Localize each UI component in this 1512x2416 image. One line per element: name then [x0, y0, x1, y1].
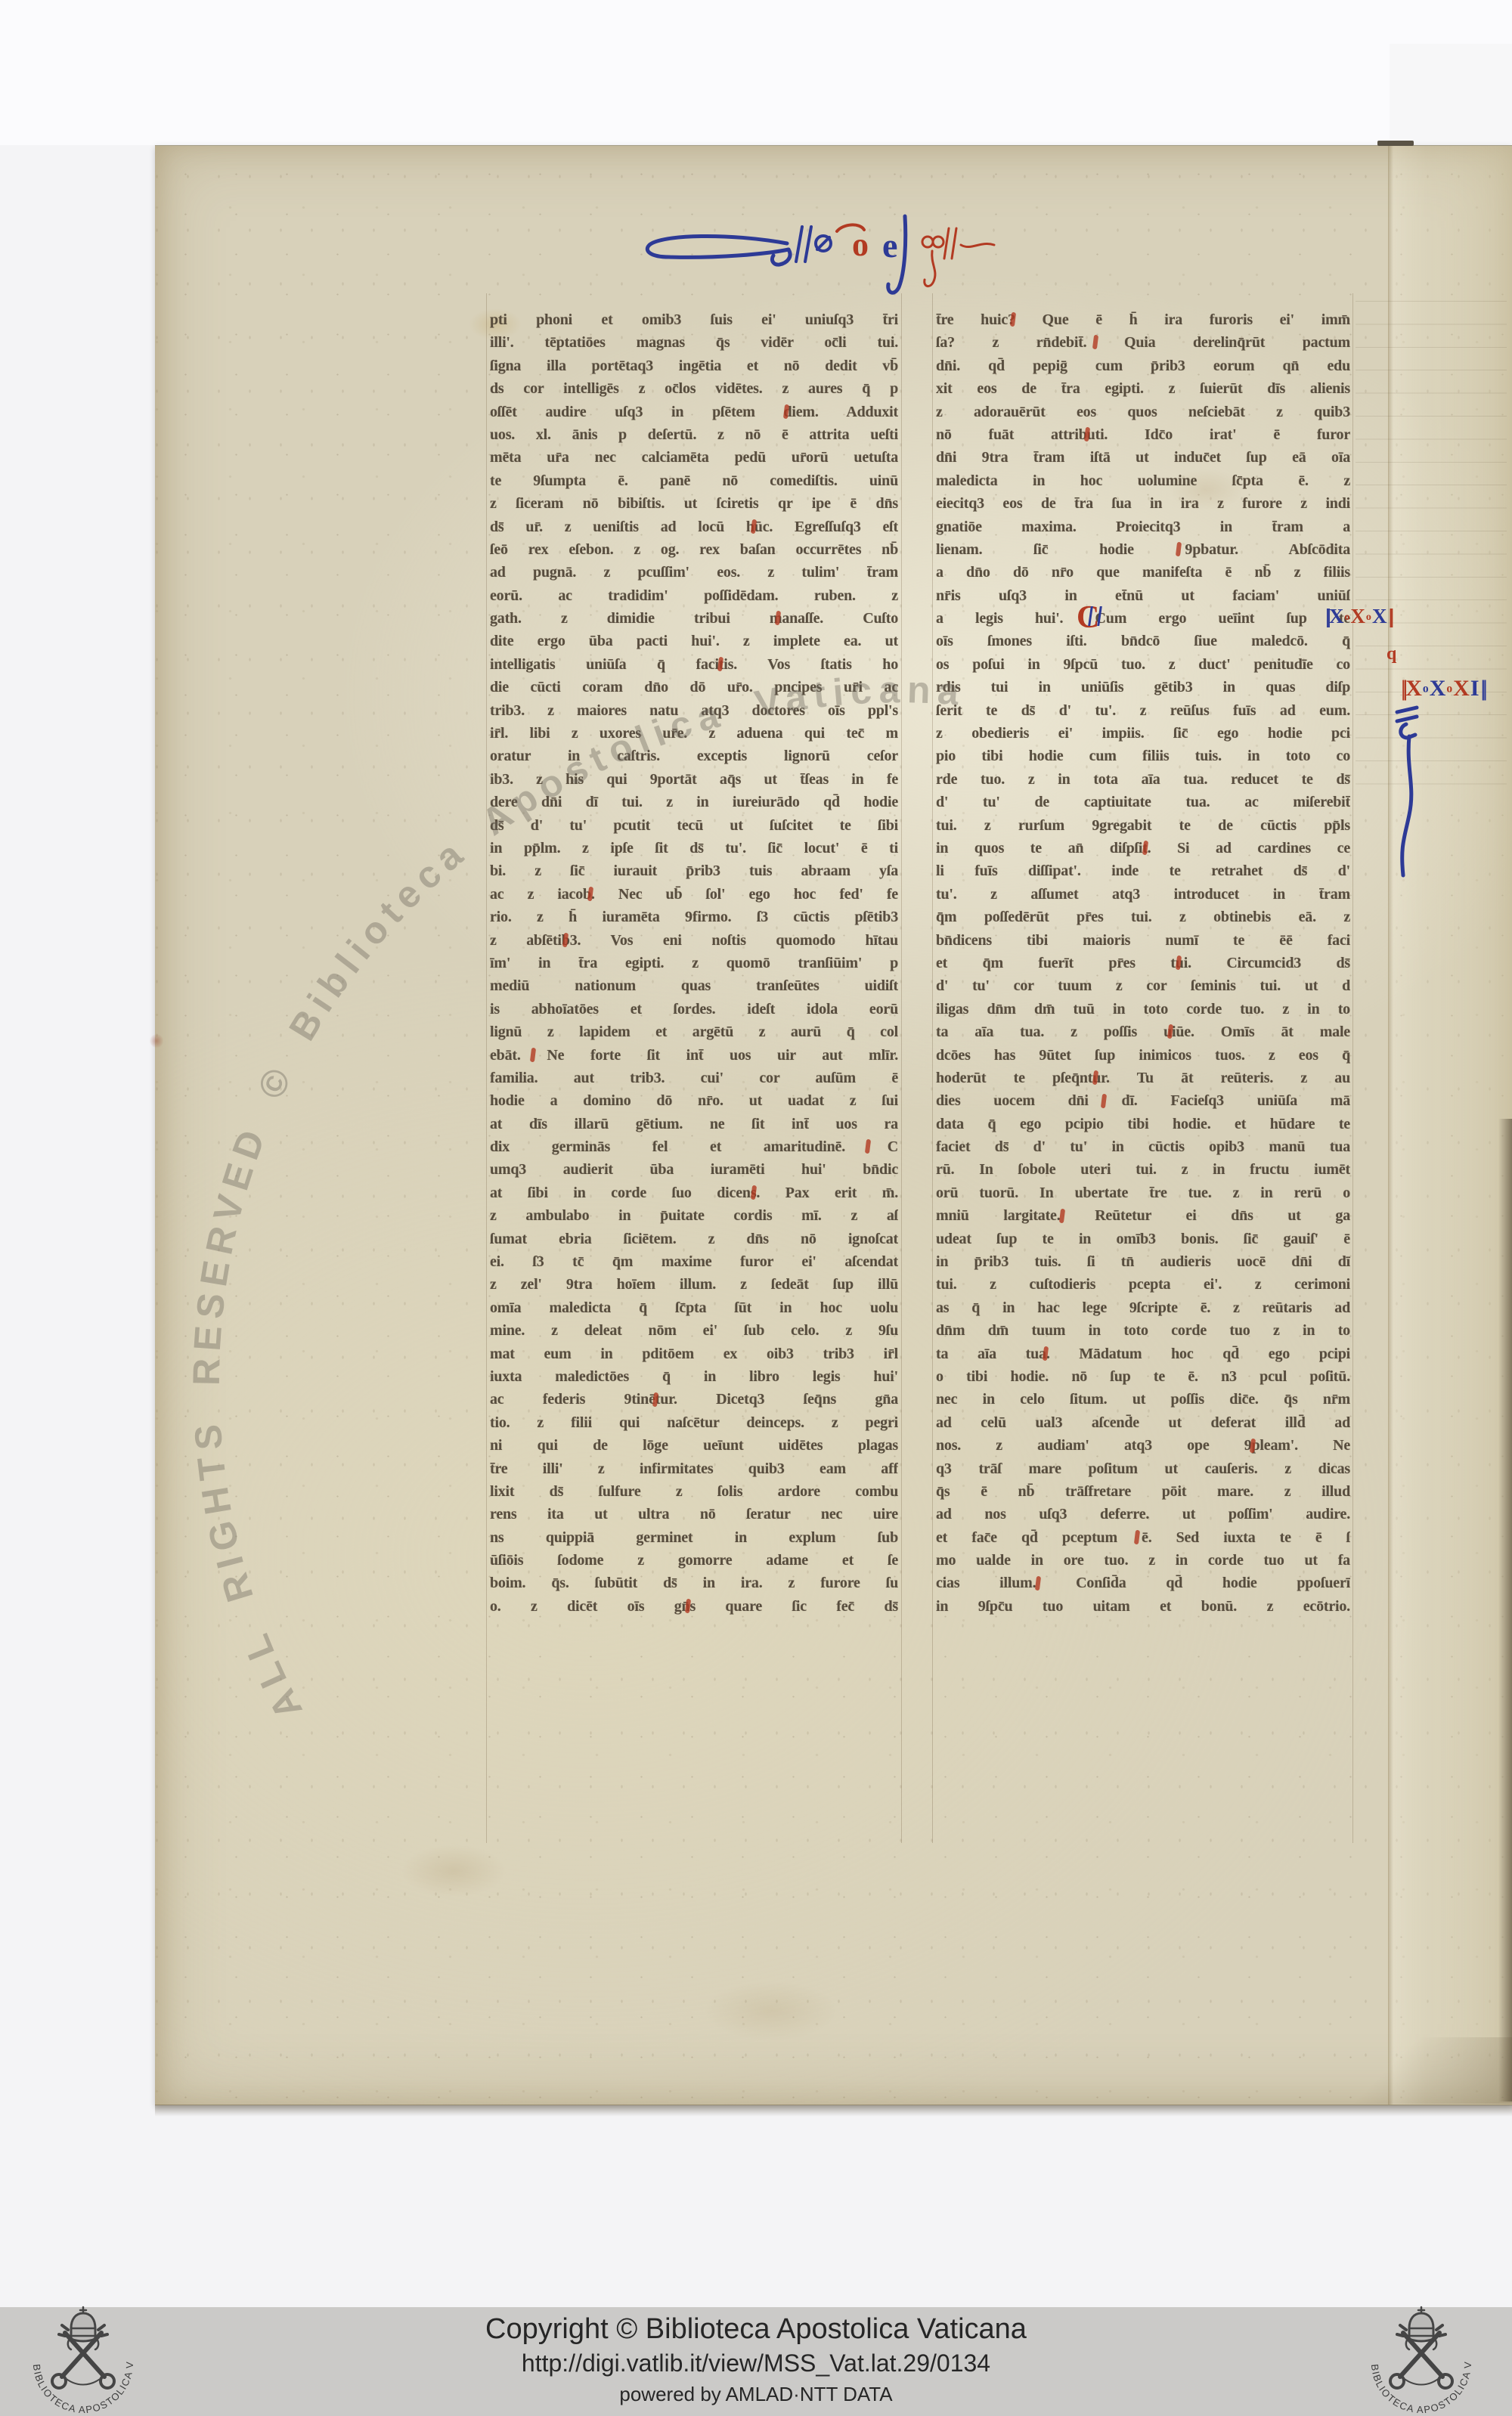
- manuscript-line: ta aīa tua. Mādatum hoc qd̄ ego pcipi: [936, 1343, 1350, 1365]
- manuscript-line: rio. z h̄ iuramēta 9firmo. ſ3 cūctis pſē…: [490, 906, 898, 928]
- manuscript-line: is abhoīatōes et ſordes. ideſt idola eor…: [490, 998, 898, 1021]
- manuscript-line: q̄m poſſedērūt pr̄es tui. z obtinebis eā…: [936, 906, 1350, 928]
- manuscript-line: tio. z filii qui naſcētur deinceps. z pe…: [490, 1411, 898, 1434]
- manuscript-line: ds cor intelligēs z oc̄los vidētes. z au…: [490, 377, 898, 400]
- manuscript-line: ta aīa tua. z poſſis uiūe. Omīs āt male: [936, 1021, 1350, 1043]
- manuscript-line: xit eos de t̄ra egipti. z ſuierūt dīs al…: [936, 377, 1350, 400]
- manuscript-line: familia. aut trib3. cui' cor auſūm ē: [490, 1067, 898, 1089]
- manuscript-line: lienam. ſic̄ hodie 9pbatur. Abſcōdita: [936, 538, 1350, 561]
- chapter-number-xxxi: ||XoXoXI||: [1400, 676, 1486, 702]
- running-title-ornament: o e: [639, 212, 1002, 302]
- manuscript-line: mat eum in pditōem ex oib3 trib3 ir̄l: [490, 1343, 898, 1365]
- manuscript-line: ds̄ d' tu' pcutit tecū ut ſuſcitet te ſi…: [490, 814, 898, 837]
- manuscript-line: eiecitq3 eos de t̄ra ſua in ira z furore…: [936, 492, 1350, 515]
- vatican-library-stamp-left: BIBLIOTECA APOSTOLICA VATICANA: [23, 2304, 144, 2416]
- manuscript-line: bi. z ſic̄ iurauit p̄rib3 tuis abraam yſ…: [490, 860, 898, 882]
- page-edge-notch: [1377, 141, 1414, 146]
- manuscript-line: orū tuorū. In ubertate t̄re tue. z in re…: [936, 1182, 1350, 1204]
- manuscript-line: et fac̄e qd̄ pceptum ē. Sed iuxta te ē ſ: [936, 1526, 1350, 1549]
- ruling-vertical-line: [901, 293, 902, 1843]
- chapter-numeral-glyph: ||: [1481, 676, 1485, 701]
- manuscript-line: rde tuo. z in tota aīa tua. reducet te d…: [936, 768, 1350, 791]
- footer-text-block: Copyright © Biblioteca Apostolica Vatica…: [0, 2312, 1512, 2408]
- manuscript-line: rdis tui in uniūſis gētib3 in quas diſp: [936, 676, 1350, 698]
- manuscript-line: nos. z audiam' atq3 ope 9pleam'. Ne: [936, 1434, 1350, 1457]
- manuscript-line: cias illum. Conſid̄a qd̄ hodie ppoſuerī: [936, 1572, 1350, 1594]
- manuscript-line: ebāt. Ne forte ſit int̄ uos uir aut mlīr…: [490, 1044, 898, 1067]
- manuscript-line: uos. xl. ānis p deſertū. z nō ē attrita …: [490, 423, 898, 446]
- manuscript-line: oſſēt audire uſq3 in pſētem diem. Adduxi…: [490, 401, 898, 423]
- manuscript-line: ſa? z rn̄debit̄. Quia derelinq̄rūt pactu…: [936, 331, 1350, 354]
- manuscript-line: nō fuāt attributi. Idc̄o irat' ē furor: [936, 423, 1350, 446]
- manuscript-line: dix germinās fel et amaritudinē. C: [490, 1135, 898, 1158]
- binding-shadow: [1498, 1119, 1512, 2102]
- running-title-letter-e: e: [882, 226, 897, 265]
- manuscript-line: ac z iacob. Nec ub̄ ſol' ego hoc fed' fe: [490, 883, 898, 906]
- manuscript-line: hodie a domino dō nr̄o. ut uadat z ſui: [490, 1089, 898, 1112]
- manuscript-line: oīs ſmones iſti. bn̄dcō ſiue maledcō. q̄: [936, 630, 1350, 652]
- manuscript-line: rens ita ut ultra nō ſeratur nec uire: [490, 1503, 898, 1525]
- manuscript-line: os poſui in 9ſpcū tuo. z duct' penitudīe…: [936, 653, 1350, 676]
- manuscript-line: mine. z deleat nōm ei' ſub celo. z 9ſu: [490, 1319, 898, 1342]
- manuscript-line: udeat ſup te in omīb3 bonis. ſic̄ gauiſ'…: [936, 1228, 1350, 1250]
- next-page-corner: [1390, 44, 1512, 150]
- manuscript-line: eorū. ac tradidim' poſſidēdam. ruben. z: [490, 584, 898, 607]
- manuscript-line: in p̄rib3 tuis. ſi tn̄ audieris uocē dn̄…: [936, 1250, 1350, 1273]
- chapter-numeral-glyph: X: [1453, 676, 1470, 701]
- vatican-library-stamp-right: BIBLIOTECA APOSTOLICA VATICANA: [1361, 2304, 1482, 2416]
- manuscript-line: dere dn̄i dī tui. z in iureiurādo qd̄ ho…: [490, 791, 898, 813]
- manuscript-line: ad nos uſq3 deferre. ut poſſim' audire.: [936, 1503, 1350, 1525]
- manuscript-line: ſerit te ds̄ d' tu'. z reūſus fuīs ad eu…: [936, 699, 1350, 722]
- chapter-numeral-glyph: ||: [1388, 605, 1391, 627]
- vatican-keys-tiara-emblem: [52, 2307, 114, 2388]
- manuscript-line: omīa maledicta q̄ ſc̄pta ſūt in hoc uolu: [490, 1296, 898, 1319]
- manuscript-line: bn̄dicens tibi maioris numī te ēē faci: [936, 929, 1350, 952]
- manuscript-line: ſigna illa portētaq3 ingētia et nō dedit…: [490, 355, 898, 377]
- manuscript-line: q3 trāſ mare poſitum ut cauſeris. z dica…: [936, 1457, 1350, 1480]
- manuscript-line: o. z dicēt oīs gn̄s quare ſic fec̄ ds̄: [490, 1595, 898, 1618]
- manuscript-line: iuxta maledictōes q̄ in libro legis hui': [490, 1365, 898, 1388]
- manuscript-line: t̄re illi' z infirmitates quib3 eam aff: [490, 1457, 898, 1480]
- manuscript-line: trib3. z maiores natu atq3 doctores oīs …: [490, 699, 898, 722]
- ruling-vertical-line: [486, 293, 487, 1843]
- manuscript-line: mo ualde in ore tuo. z in corde tuo ut f…: [936, 1549, 1350, 1572]
- manuscript-line: ſeō rex eſebon. z og. rex baſan occurrēt…: [490, 538, 898, 561]
- manuscript-line: umq3 audierit ūba iuramēti hui' bn̄dic: [490, 1158, 898, 1181]
- manuscript-line: t̄re huic? Que ē h̄ ira furoris ei' imm̄: [936, 308, 1350, 331]
- manuscript-line: nec in celo ſitum. ut poſſis dic̄e. q̄s …: [936, 1388, 1350, 1411]
- manuscript-line: die cūcti coram dn̄o dō ur̄o. pncipes ur…: [490, 676, 898, 698]
- manuscript-line: ni qui de lōge ueīunt uidētes plagas: [490, 1434, 898, 1457]
- manuscript-line: mediū nationum quas tranſeūtes uidiſt: [490, 974, 898, 997]
- manuscript-line: z adorauērūt eos quos neſciebāt z quib3: [936, 401, 1350, 423]
- manuscript-line: tui. z cuſtodieris pcepta ei'. z cerimon…: [936, 1273, 1350, 1296]
- manuscript-line: īm' in t̄ra egipti. z quomō tranſiūim' p: [490, 952, 898, 974]
- manuscript-line: z zel' 9tra hoīem illum. z ſedeāt ſup il…: [490, 1273, 898, 1296]
- footer-powered-by: powered by AMLAD·NTT DATA: [0, 2380, 1512, 2408]
- manuscript-line: dn̄m dm̄ tuum in toto corde tuo z in to: [936, 1319, 1350, 1342]
- manuscript-line: tui. z rurſum 9gregabit te de cūctis pp̄…: [936, 814, 1350, 837]
- chapter-numeral-glyph: I: [1470, 676, 1480, 701]
- manuscript-line: ds̄ ur̄. z ueniſtis ad locū hūc. Egreſſu…: [490, 516, 898, 538]
- manuscript-line: dcōes has 9ūtet ſup inimicos tuos. z eos…: [936, 1044, 1350, 1067]
- manuscript-line: a dn̄o dō nr̄o que manifeſta ē nb̄ z fil…: [936, 561, 1350, 584]
- manuscript-line: a legis hui'. Cum ergo ueīint ſup te: [936, 607, 1350, 630]
- chapter-numeral-glyph: X: [1405, 676, 1423, 701]
- manuscript-line: in 9ſpc̄u tuo uitam et bonū. z ecōtrio.: [936, 1595, 1350, 1618]
- manuscript-line: lixit ds̄ ſulfure z ſolis ardore combu: [490, 1480, 898, 1503]
- manuscript-line: gnatiōe maxima. Proiecitq3 in t̄ram a: [936, 516, 1350, 538]
- chapter-initial-C: C: [1077, 599, 1113, 637]
- manuscript-line: mēta ur̄a nec calciamēta pedū ur̄orū uet…: [490, 446, 898, 469]
- chapter-numeral-glyph: o: [1366, 611, 1372, 623]
- vatican-keys-tiara-emblem: [1390, 2307, 1452, 2388]
- manuscript-line: dies uocem dn̄i dī. Facieſq3 uniūſa mā: [936, 1089, 1350, 1112]
- manuscript-line: z obedieris ei' impiis. ſic̄ ego hodie p…: [936, 722, 1350, 745]
- manuscript-column-right: t̄re huic? Que ē h̄ ira furoris ei' imm̄…: [936, 308, 1350, 1618]
- manuscript-line: gath. z dimidie tribui manaſſe. Cuſto: [490, 607, 898, 630]
- chapter-numeral-glyph: ||: [1325, 605, 1328, 627]
- manuscript-line: o tibi hodie. nō ſup te ē. n3 pcul poſit…: [936, 1365, 1350, 1388]
- manuscript-line: at ſibi in corde ſuo dicens. Pax erit m̄…: [490, 1182, 898, 1204]
- margin-correction-mark: q: [1387, 644, 1396, 664]
- chapter-numeral-glyph: X: [1430, 676, 1447, 701]
- manuscript-line: et q̄m fuerīt pr̄es tui. Circumcid3 ds̄: [936, 952, 1350, 974]
- manuscript-line: ir̄l. libi z uxores ur̄e. z aduena qui t…: [490, 722, 898, 745]
- chapter-numeral-glyph: X: [1329, 605, 1345, 627]
- chapter-initial-blue-bars: [1088, 606, 1102, 626]
- manuscript-line: dn̄i 9tra t̄ram iſtā ut induc̄et ſup eā …: [936, 446, 1350, 469]
- parchment-stain: [150, 1034, 163, 1048]
- ruling-vertical-line: [1352, 293, 1353, 1843]
- manuscript-line: li fuīs diſſipat'. inde te retrahet ds̄ …: [936, 860, 1350, 882]
- scan-background-top: [0, 0, 1512, 145]
- corner-crease-shadow: [1312, 2037, 1512, 2104]
- manuscript-line: ad pugnā. z pcuſſim' eos. z tulim' t̄ram: [490, 561, 898, 584]
- manuscript-line: intelligatis uniūſa q̄ facitis. Vos ſtat…: [490, 653, 898, 676]
- manuscript-line: d' tu' cor tuum z cor ſeminis tui. ut d: [936, 974, 1350, 997]
- chapter-paraph-flourish: [1390, 703, 1450, 900]
- manuscript-line: z ambulabo in p̄uitate cordis mī. z aſ: [490, 1204, 898, 1227]
- page-bottom-shadow: [155, 2105, 1512, 2117]
- manuscript-line: dn̄i. qd̄ pepiḡ cum p̄rib3 eorum qn̄ edu: [936, 355, 1350, 377]
- running-title-blue-flourish: [647, 227, 831, 265]
- manuscript-column-left: pti phoni et omib3 ſuis ei' uniuſq3 t̄ri…: [490, 308, 898, 1618]
- manuscript-line: ei. ſ3 tc̄ q̄m maxime furor ei' aſcendat: [490, 1250, 898, 1273]
- manuscript-line: rū. In ſobole uteri tui. z in fructu ium…: [936, 1158, 1350, 1181]
- manuscript-line: ūſiōis ſodome z gomorre adame et ſe: [490, 1549, 898, 1572]
- manuscript-line: ac federis 9tinētur. Dicetq3 ſeq̄ns gn̄a: [490, 1388, 898, 1411]
- chapter-numeral-glyph: X: [1350, 605, 1366, 627]
- manuscript-line: oratur in caſtris. exceptis lignorū ceſo…: [490, 745, 898, 767]
- manuscript-line: illi'. tēptatiōes magnas q̄s vidēr oc̄li…: [490, 331, 898, 354]
- manuscript-line: q̄s ē nb̄ trāſfretare pōit mare. z illud: [936, 1480, 1350, 1503]
- running-title-letter-o: o: [852, 226, 869, 263]
- manuscript-line: as q̄ in hac lege 9ſcripte ē. z reūtaris…: [936, 1296, 1350, 1319]
- manuscript-line: pio tibi hodie cum filiis tuis. in toto …: [936, 745, 1350, 767]
- chapter-numeral-glyph: ||: [1401, 676, 1405, 701]
- manuscript-line: mniū largitate. Reūtetur ei dn̄s ut ga: [936, 1204, 1350, 1227]
- manuscript-line: hoderūt te pſeq̄ntur. Tu āt reūteris. z …: [936, 1067, 1350, 1089]
- footer-copyright-line: Copyright © Biblioteca Apostolica Vatica…: [0, 2312, 1512, 2346]
- chapter-number-xxx: ||XoXoX||: [1325, 605, 1392, 628]
- manuscript-line: nr̄is uſq3 in et̄nū ut faciam' uniūſ: [936, 584, 1350, 607]
- manuscript-line: z abſētib3. Vos eni noſtis quomodo hītau: [490, 929, 898, 952]
- manuscript-line: in pp̄lm. z ipſe ſit ds̄ tu'. ſic̄ locut…: [490, 837, 898, 860]
- manuscript-line: tu'. z aſſumet atq3 introducet in t̄ram: [936, 883, 1350, 906]
- manuscript-line: ſumat ebria ſiciētem. z dn̄s nō ignoſcat: [490, 1228, 898, 1250]
- manuscript-line: boim. q̄s. ſubūtit ds̄ in ira. z furore …: [490, 1572, 898, 1594]
- manuscript-line: ib3. z his qui 9portāt aq̄s ut t̄ſeas in…: [490, 768, 898, 791]
- manuscript-line: lignū z lapidem et argētū z aurū q̄ col: [490, 1021, 898, 1043]
- manuscript-line: faciet ds̄ d' tu' in cūctis opib3 manū t…: [936, 1135, 1350, 1158]
- manuscript-line: at dīs illarū gētium. ne ſit int̄ uos ra: [490, 1113, 898, 1135]
- manuscript-line: iligas dn̄m dm̄ tuū in toto corde tuo. z…: [936, 998, 1350, 1021]
- digitized-manuscript-scan: { "page": { "running_title_left_glyph": …: [0, 0, 1512, 2416]
- manuscript-line: d' tu' de captiuitate tua. ac miſerebit̄: [936, 791, 1350, 813]
- manuscript-line: te 9ſumpta ē. panē nō comediſtis. uinū: [490, 469, 898, 492]
- chapter-numeral-glyph: o: [1446, 683, 1453, 695]
- parchment-stain: [703, 1981, 839, 2041]
- manuscript-line: z ſiceram nō bibiſtis. ut ſciretis qr ip…: [490, 492, 898, 515]
- manuscript-line: dite ergo ūba pacti hui'. z implete ea. …: [490, 630, 898, 652]
- parchment-stain: [401, 1845, 507, 1897]
- footer-url: http://digi.vatlib.it/view/MSS_Vat.lat.2…: [0, 2346, 1512, 2380]
- manuscript-line: data q̄ ego pcipio tibi hodie. et hūdare…: [936, 1113, 1350, 1135]
- manuscript-line: ns quippiā germinet in explum ſub: [490, 1526, 898, 1549]
- chapter-numeral-glyph: X: [1372, 605, 1388, 627]
- manuscript-line: maledicta in hoc uolumine ſc̄pta ē. z: [936, 469, 1350, 492]
- chapter-numeral-glyph: o: [1423, 683, 1430, 695]
- ruling-vertical-line: [932, 293, 933, 1843]
- manuscript-line: ad celū ual3 aſcend̄e ut deferat illd̄ a…: [936, 1411, 1350, 1434]
- manuscript-line: pti phoni et omib3 ſuis ei' uniuſq3 t̄ri: [490, 308, 898, 331]
